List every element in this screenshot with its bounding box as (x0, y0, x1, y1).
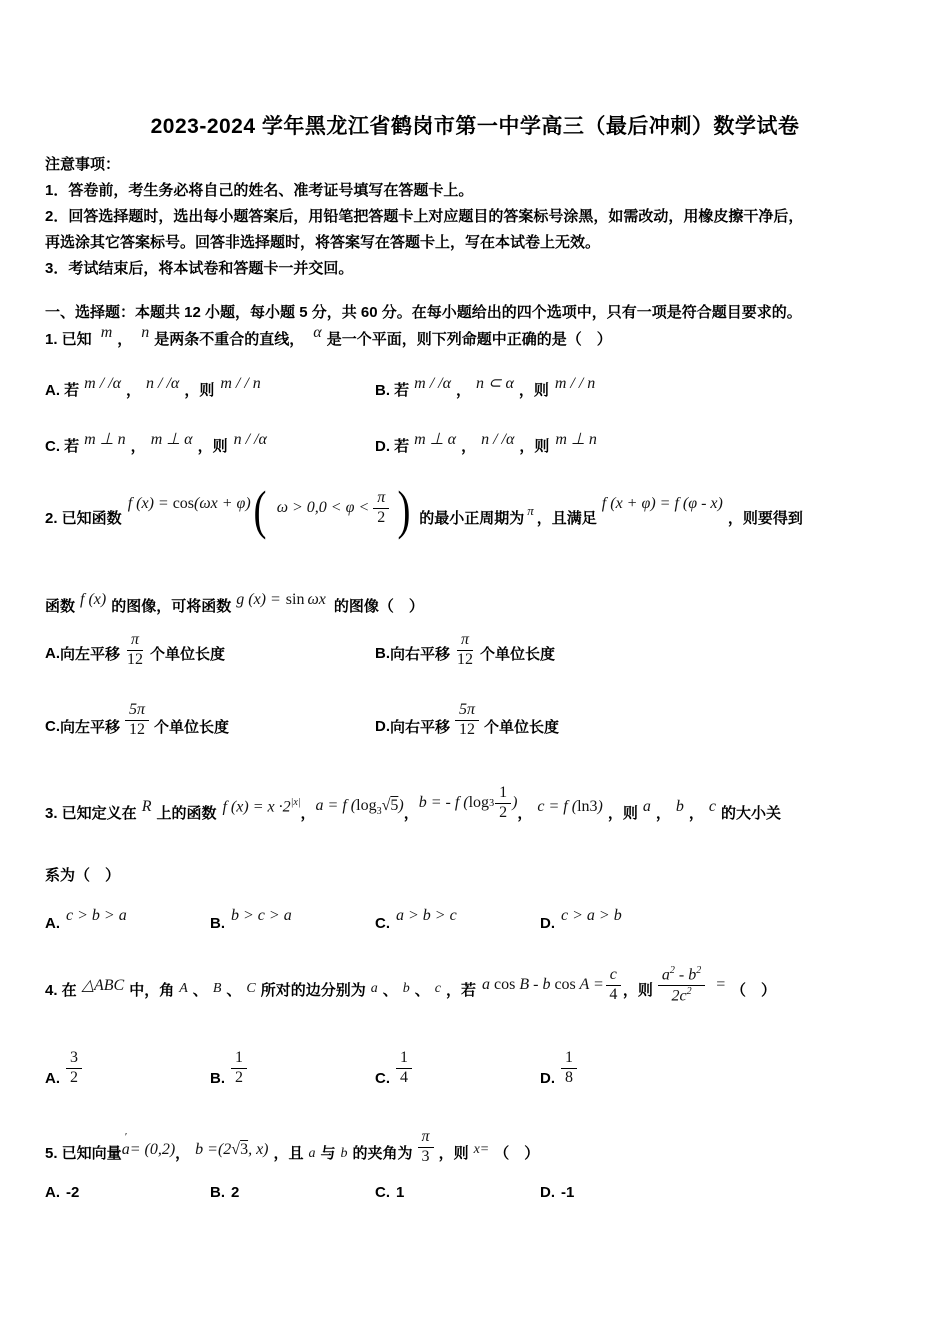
text-run: 个单位长度 (484, 716, 559, 737)
math-run: b =(2√3, x) (195, 1141, 268, 1159)
math-run: m / / n (555, 375, 595, 393)
math-run: n (141, 324, 149, 341)
math-run: = (715, 976, 726, 994)
question-4-option-d: D. 18 (540, 1040, 577, 1096)
text-run: ，则 (608, 802, 638, 823)
option-label: B. (210, 915, 225, 932)
text-run: ，则 (623, 979, 653, 1000)
text-run: ，且满足 (537, 507, 597, 528)
math-run: π (527, 503, 534, 519)
question-4-option-a: A. 32 (45, 1040, 82, 1096)
text-run: ，则要得到 (728, 507, 803, 528)
option-value: 2 (231, 1184, 239, 1201)
fraction-denominator: 2 (497, 804, 509, 822)
math-run: b (341, 1146, 348, 1162)
text-run: 个单位长度 (480, 643, 555, 664)
math-run: ) (598, 798, 603, 815)
fraction-denominator: 2 (375, 509, 387, 527)
question-4-option-b: B. 12 (210, 1040, 247, 1096)
option-label: D. (540, 915, 555, 932)
exam-title: 2023-2024 学年黑龙江省鹤岗市第一中学高三（最后冲刺）数学试卷 (0, 110, 950, 140)
math-function: cos (494, 976, 515, 993)
option-label: A. (45, 1070, 60, 1087)
fraction-denominator: 4 (607, 986, 619, 1004)
text-run: ， (517, 802, 532, 823)
question-3-stem: 3. 已知定义在 R 上的函数 f (x) = x ·2|x| ， a = f … (45, 773, 781, 841)
text-run: 4. 在 (45, 979, 77, 1000)
math-function: cos (554, 976, 575, 993)
text-run: 的最小正周期为 (419, 507, 524, 528)
fraction-numerator: a2 - b2 (658, 965, 705, 986)
math-run: c = f ( (537, 798, 577, 815)
question-2-option-b: B. 向右平移 π12 个单位长度 (375, 628, 555, 672)
math-run: A (179, 981, 188, 997)
text-run: ，且 (274, 1142, 304, 1163)
math-run: c > a > b (561, 907, 622, 925)
option-label: D. (540, 1184, 555, 1201)
option-label: A. (45, 1184, 60, 1201)
math-run: (ωx + φ) (194, 495, 251, 513)
math-run: - b (675, 966, 696, 983)
fraction-numerator: 1 (231, 1049, 247, 1068)
option-label: B. (375, 645, 390, 662)
math-superscript: 2 (687, 986, 692, 997)
math-run: b > c > a (231, 907, 292, 925)
question-4-option-c: C. 14 (375, 1040, 412, 1096)
text-run: 、 (383, 979, 398, 1000)
text-run: 向右平移 (390, 643, 450, 664)
fraction-numerator: π (373, 489, 389, 508)
option-label: C. (375, 1184, 390, 1201)
text-run: 向左平移 (60, 716, 120, 737)
math-run: b =(2 (195, 1141, 231, 1158)
math-run: f (x + φ) = f (φ - x) (602, 495, 723, 513)
fraction: 18 (561, 1049, 577, 1087)
option-label: D. (375, 718, 390, 735)
option-label: D. 若 (375, 435, 409, 456)
math-run: m / /α (414, 375, 451, 393)
fraction-numerator: c (606, 966, 621, 985)
text-run: （ ） (731, 979, 776, 1000)
exam-paper-page: 2023-2024 学年黑龙江省鹤岗市第一中学高三（最后冲刺）数学试卷 注意事项… (0, 0, 950, 1344)
fraction-denominator: 2 (68, 1069, 80, 1087)
notice-heading: 注意事项： (45, 153, 120, 174)
fraction-numerator: π (418, 1128, 434, 1147)
option-value: 1 (396, 1184, 404, 1201)
math-run: g (x) = (236, 591, 281, 609)
math-run: A = (576, 976, 604, 993)
math-run: m ⊥ α (151, 429, 193, 449)
question-3-option-c: C. a > b > c (375, 898, 457, 932)
text-run: ， (131, 435, 146, 456)
text-run: 的图像（ ） (334, 595, 424, 616)
question-5-option-a: A. -2 (45, 1184, 79, 1201)
math-run: f (x) = x ·2|x| (222, 797, 300, 816)
text-run: 、 (415, 979, 430, 1000)
text-run: ，则 (519, 435, 549, 456)
question-3-option-b: B. b > c > a (210, 898, 292, 932)
math-superscript: |x| (291, 797, 301, 808)
option-label: C. 若 (45, 435, 79, 456)
text-run: 、 (193, 979, 208, 1000)
math-function: cos (173, 495, 194, 513)
math-run: a (482, 976, 494, 993)
fraction: a2 - b2 2c2 (658, 965, 705, 1005)
math-run: a (643, 798, 651, 816)
math-run: = (0,2) (130, 1141, 175, 1159)
math-run: α (313, 324, 321, 341)
text-run: 是两条不重合的直线， (154, 331, 304, 348)
text-run: ，若 (446, 979, 476, 1000)
math-run: a (122, 1141, 130, 1158)
text-run: 是一个平面，则下列命题中正确的是（ ） (327, 331, 612, 348)
text-run: 2. 已知函数 (45, 507, 122, 528)
text-run: ，则 (184, 379, 214, 400)
math-run: C (246, 981, 255, 997)
option-label: A. (45, 645, 60, 662)
text-run: 、 (226, 979, 241, 1000)
fraction: 32 (66, 1049, 82, 1087)
math-run: a > b > c (396, 907, 457, 925)
radicand: 3 (240, 1141, 248, 1158)
option-label: A. (45, 915, 60, 932)
option-value: -1 (561, 1184, 574, 1201)
fraction-denominator: 12 (455, 651, 475, 669)
fraction-numerator: 5π (455, 701, 479, 720)
fraction: π12 (125, 631, 145, 669)
fraction: 5π12 (125, 701, 149, 739)
fraction: c4 (606, 966, 621, 1004)
option-value: -2 (66, 1184, 79, 1201)
math-function: log (469, 794, 489, 812)
math-run: m ⊥ n (84, 429, 126, 449)
text-run: 所对的边分别为 (261, 979, 366, 1000)
math-group: b = - f ( log3 12 ) (419, 784, 518, 822)
text-run: 个单位长度 (150, 643, 225, 664)
text-run: ， (656, 802, 671, 823)
notice-item-2-line2: 再选涂其它答案标号。回答非选择题时，将答案写在答题卡上，写在本试卷上无效。 (45, 231, 600, 252)
text-run: 中，角 (129, 979, 174, 1000)
text-run: 个单位长度 (154, 716, 229, 737)
text-run: 的夹角为 (353, 1142, 413, 1163)
text-run: 3. 已知定义在 (45, 802, 137, 823)
math-run: b (403, 981, 410, 997)
text-run: ，则 (519, 379, 549, 400)
fraction-denominator: 12 (457, 721, 477, 739)
math-run: a (371, 981, 378, 997)
math-run: a (309, 1146, 316, 1162)
text-run: ， (117, 331, 132, 348)
question-3-stem-line2: 系为（ ） (45, 864, 120, 885)
text-run: 向右平移 (390, 716, 450, 737)
fraction-denominator: 8 (563, 1069, 575, 1087)
option-label: A. 若 (45, 379, 79, 400)
math-run: b = - f ( (419, 794, 469, 812)
math-run: a = f (log3√5) (316, 797, 404, 817)
math-run: n / /α (234, 431, 267, 449)
math-run: △ABC (82, 975, 125, 995)
math-run: B - b (515, 976, 554, 993)
fraction-numerator: π (457, 631, 473, 650)
math-function: ln (577, 798, 589, 815)
fraction-denominator: 2 (233, 1069, 245, 1087)
math-run: c > b > a (66, 907, 127, 925)
math-run: f (x) (80, 591, 106, 609)
fraction: 14 (396, 1049, 412, 1087)
text-run: ， (175, 1142, 190, 1163)
question-1-option-a: A. 若 m / /α， n / /α，则 m / / n (45, 362, 261, 400)
math-run: , x) (248, 1141, 268, 1158)
fraction: 5π12 (455, 701, 479, 739)
question-1-option-b: B. 若 m / /α， n ⊂ α，则 m / / n (375, 362, 595, 400)
fraction-numerator: 1 (396, 1049, 412, 1068)
question-2-option-d: D. 向右平移 5π12 个单位长度 (375, 695, 559, 745)
question-2-stem-line2: 函数 f (x) 的图像，可将函数 g (x) = sin ωx 的图像（ ） (45, 580, 424, 616)
text-run: 的图像，可将函数 (111, 595, 231, 616)
option-label: B. (210, 1070, 225, 1087)
math-run: ωx (307, 591, 325, 609)
fraction-numerator: π (127, 631, 143, 650)
question-1-option-d: D. 若 m ⊥ α， n / /α，则 m ⊥ n (375, 418, 597, 456)
math-run: m ⊥ n (555, 429, 597, 449)
math-run: m / / n (220, 375, 260, 393)
math-run: b (676, 798, 684, 816)
math-run: R (142, 798, 152, 816)
radical-sign: √ (231, 1141, 240, 1158)
question-1-stem: 1. 已知 m， n是两条不重合的直线， α是一个平面，则下列命题中正确的是（ … (45, 328, 612, 349)
math-run: m ⊥ α (414, 429, 456, 449)
fraction: π12 (455, 631, 475, 669)
text-run: ， (404, 802, 419, 823)
math-run: c = f (ln3) (537, 798, 602, 816)
text-run: 的大小关 (721, 802, 781, 823)
notice-item-3: 3．考试结束后，将本试卷和答题卡一并交回。 (45, 257, 353, 278)
option-label: B. (210, 1184, 225, 1201)
text-run: 函数 (45, 595, 75, 616)
math-run: n / /α (481, 431, 514, 449)
question-2-option-a: A. 向左平移 π12 个单位长度 (45, 628, 225, 672)
text-run: ， (456, 379, 471, 400)
math-run: 2c (672, 987, 687, 1004)
fraction: 12 (495, 784, 511, 822)
fraction-denominator: 3 (420, 1148, 432, 1166)
text-run: ，则 (439, 1142, 469, 1163)
math-subscript: 3 (489, 798, 494, 809)
math-run: a = f ( (316, 797, 357, 814)
fraction-denominator: 2c2 (670, 986, 694, 1006)
question-2-option-c: C. 向左平移 5π12 个单位长度 (45, 695, 229, 745)
math-run: m (101, 324, 113, 341)
option-label: D. (540, 1070, 555, 1087)
question-5-stem: 5. 已知向量 ′a = (0,2) ， b =(2√3, x) ，且 a 与 … (45, 1124, 539, 1176)
math-function: log (356, 797, 376, 814)
question-5-option-c: C. 1 (375, 1184, 404, 1201)
notice-item-1: 1．答卷前，考生务必将自己的姓名、准考证号填写在答题卡上。 (45, 179, 473, 200)
fraction: π2 (373, 489, 389, 527)
math-run: f (x) = (128, 495, 169, 513)
text-run: 5. 已知向量 (45, 1142, 122, 1163)
math-run: 3 (590, 798, 598, 815)
math-run: B (213, 981, 222, 997)
fraction-numerator: 3 (66, 1049, 82, 1068)
text-run: ， (689, 802, 704, 823)
text-run: ， (461, 435, 476, 456)
text-run: （ ） (494, 1142, 539, 1163)
question-3-option-d: D. c > a > b (540, 898, 622, 932)
option-label: C. (45, 718, 60, 735)
math-run: c (709, 798, 716, 816)
text-run: ， (301, 802, 316, 823)
math-run: n / /α (146, 375, 179, 393)
vector-arrow-mark: ′ (125, 1131, 127, 1143)
question-5-option-b: B. 2 (210, 1184, 239, 1201)
text-run: 上的函数 (156, 802, 216, 823)
fraction-denominator: 12 (127, 721, 147, 739)
fraction: π3 (418, 1128, 434, 1166)
math-function: sin (286, 591, 305, 609)
text-run: 与 (321, 1142, 336, 1163)
question-1-option-c: C. 若 m ⊥ n， m ⊥ α，则 n / /α (45, 418, 267, 456)
text-run: 1. 已知 (45, 331, 92, 348)
math-run: c (435, 981, 441, 997)
text-run: ，则 (198, 435, 228, 456)
math-run: a cos B - b cos A = (482, 976, 604, 994)
option-label: C. (375, 1070, 390, 1087)
math-run: n ⊂ α (476, 373, 514, 393)
notice-item-2-line1: 2．回答选择题时，选出每小题答案后，用铅笔把答题卡上对应题目的答案标号涂黑，如需… (45, 205, 803, 226)
option-label: B. 若 (375, 379, 409, 400)
math-run: ω > 0,0 < φ < (277, 499, 370, 517)
question-3-option-a: A. c > b > a (45, 898, 127, 932)
option-label: C. (375, 915, 390, 932)
text-run: ， (126, 379, 141, 400)
text-run: 向左平移 (60, 643, 120, 664)
section-1-heading: 一、选择题：本题共 12 小题，每小题 5 分，共 60 分。在每小题给出的四个… (45, 301, 802, 322)
math-run: m / /α (84, 375, 121, 393)
math-superscript: 2 (696, 965, 701, 976)
math-run: f (x) = x ·2 (222, 799, 290, 816)
fraction-denominator: 12 (125, 651, 145, 669)
fraction-numerator: 1 (495, 784, 511, 803)
fraction-denominator: 4 (398, 1069, 410, 1087)
math-run: x= (474, 1142, 490, 1158)
question-4-stem: 4. 在 △ABC 中，角 A、 B、 C 所对的边分别为 a、 b、 c ，若… (45, 953, 776, 1017)
question-2-stem-line1: 2. 已知函数 f (x) = cos (ωx + φ) ( ω > 0,0 <… (45, 468, 803, 548)
question-5-option-d: D. -1 (540, 1184, 574, 1201)
fraction: 12 (231, 1049, 247, 1087)
math-run: a (662, 966, 670, 983)
fraction-numerator: 5π (125, 701, 149, 720)
fraction-numerator: 1 (561, 1049, 577, 1068)
vector-a: ′a (122, 1141, 130, 1159)
